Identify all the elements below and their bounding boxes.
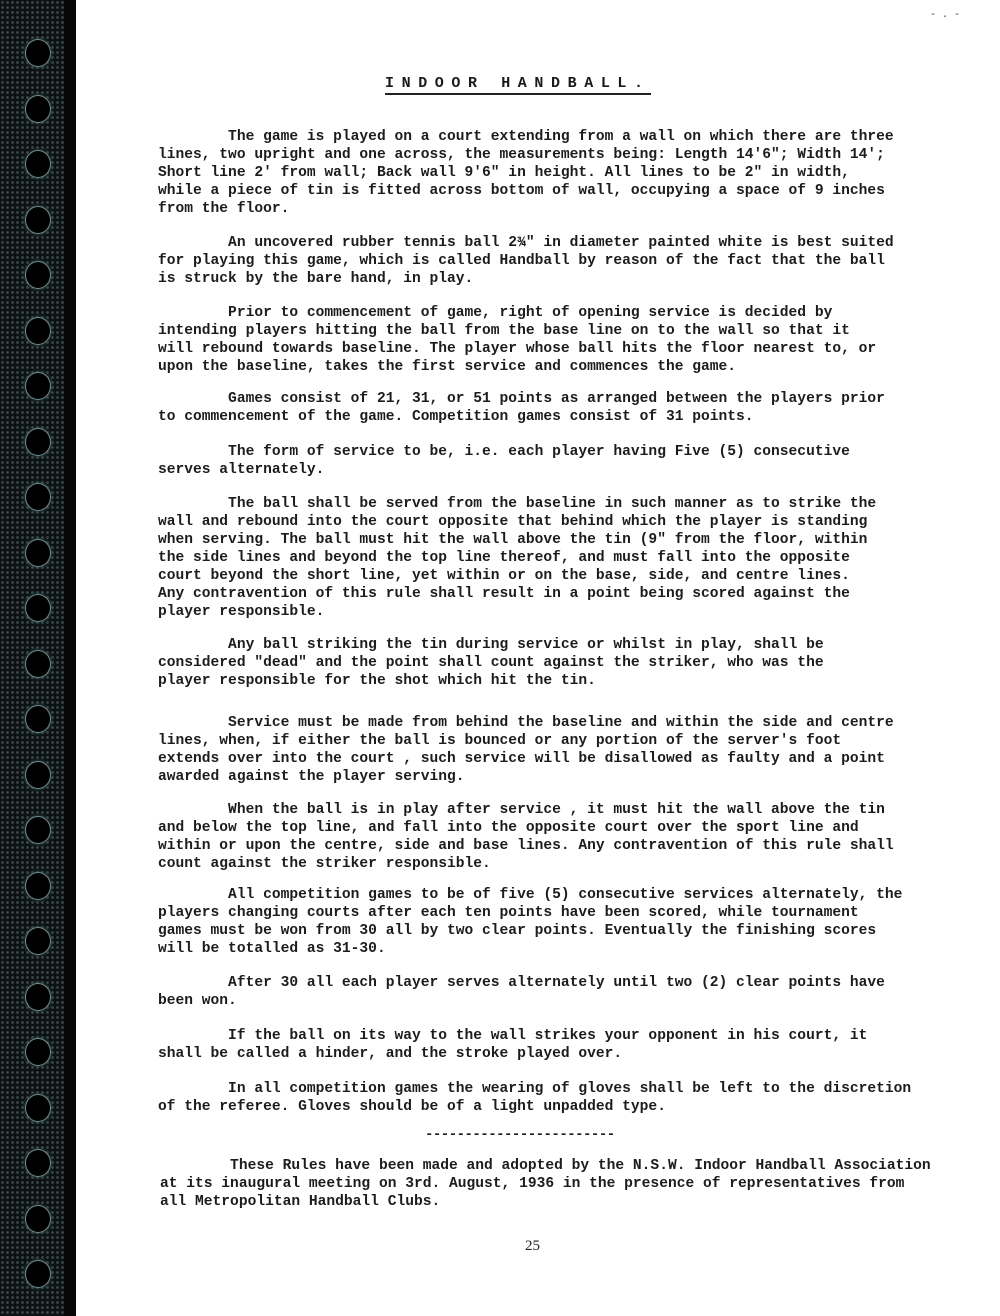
paragraph-fault: Service must be made from behind the bas…	[158, 714, 898, 786]
binder-hole	[26, 595, 50, 621]
paragraph-points: Games consist of 21, 31, or 51 points as…	[158, 390, 898, 426]
paragraph-in-play: When the ball is in play after service ,…	[158, 801, 898, 873]
binder-hole	[26, 484, 50, 510]
paragraph-service-form: The form of service to be, i.e. each pla…	[158, 443, 898, 479]
binder-strip-edge	[64, 0, 76, 1316]
binder-hole	[26, 873, 50, 899]
paragraph-ball: An uncovered rubber tennis ball 2¾" in d…	[158, 234, 898, 288]
binder-hole	[26, 318, 50, 344]
binder-hole	[26, 1039, 50, 1065]
footer-note: These Rules have been made and adopted b…	[160, 1157, 900, 1211]
binder-hole	[26, 540, 50, 566]
paragraph-serving: The ball shall be served from the baseli…	[158, 495, 898, 621]
binder-hole	[26, 96, 50, 122]
binder-hole	[26, 262, 50, 288]
paragraph-court: The game is played on a court extending …	[158, 128, 898, 218]
separator-line: ------------------------	[425, 1127, 615, 1143]
paragraph-competition: All competition games to be of five (5) …	[158, 886, 898, 958]
binder-hole	[26, 984, 50, 1010]
binder-hole	[26, 1261, 50, 1287]
paragraph-opening-service: Prior to commencement of game, right of …	[158, 304, 898, 376]
paragraph-after-30: After 30 all each player serves alternat…	[158, 974, 898, 1010]
binder-hole	[26, 1150, 50, 1176]
binder-hole	[26, 207, 50, 233]
binder-hole	[26, 1206, 50, 1232]
binder-hole	[26, 151, 50, 177]
binder-strip	[0, 0, 76, 1316]
binder-hole	[26, 706, 50, 732]
page-title: INDOOR HANDBALL.	[385, 75, 651, 95]
binder-hole	[26, 1095, 50, 1121]
binder-hole	[26, 817, 50, 843]
paragraph-hinder: If the ball on its way to the wall strik…	[158, 1027, 898, 1063]
binder-hole	[26, 651, 50, 677]
binder-hole	[26, 429, 50, 455]
page-number: 25	[525, 1238, 540, 1255]
binder-hole	[26, 40, 50, 66]
binder-hole	[26, 928, 50, 954]
corner-mark: - . -	[930, 10, 960, 21]
paragraph-tin: Any ball striking the tin during service…	[158, 636, 898, 690]
binder-hole	[26, 762, 50, 788]
paragraph-gloves: In all competition games the wearing of …	[158, 1080, 898, 1116]
binder-hole	[26, 373, 50, 399]
